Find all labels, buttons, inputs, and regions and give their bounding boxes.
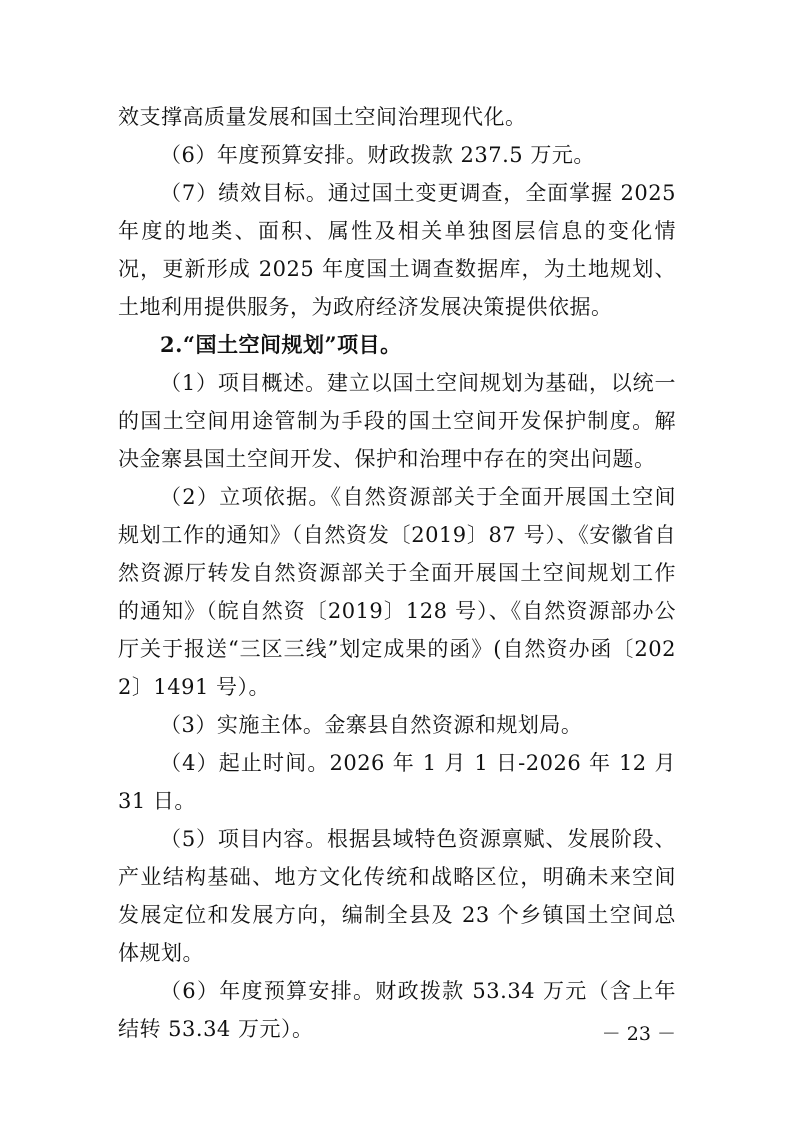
paragraph: （7）绩效目标。通过国土变更调查，全面掌握 2025 年度的地类、面积、属性及相…	[118, 174, 676, 326]
paragraph: （2）立项依据。《自然资源部关于全面开展国土空间规划工作的通知》（自然资发〔20…	[118, 478, 676, 706]
paragraph: （4）起止时间。2026 年 1 月 1 日-2026 年 12 月 31 日。	[118, 744, 676, 820]
paragraph: （3）实施主体。金寨县自然资源和规划局。	[118, 706, 676, 744]
paragraph: （5）项目内容。根据县域特色资源禀赋、发展阶段、产业结构基础、地方文化传统和战略…	[118, 820, 676, 972]
section-heading: 2.“国土空间规划”项目。	[118, 326, 676, 364]
paragraph: （6）年度预算安排。财政拨款 53.34 万元（含上年结转 53.34 万元）。	[118, 972, 676, 1048]
document-body: 效支撑高质量发展和国土空间治理现代化。（6）年度预算安排。财政拨款 237.5 …	[118, 98, 676, 1048]
paragraph: （1）项目概述。建立以国土空间规划为基础，以统一的国土空间用途管制为手段的国土空…	[118, 364, 676, 478]
paragraph: （6）年度预算安排。财政拨款 237.5 万元。	[118, 136, 676, 174]
paragraph: 效支撑高质量发展和国土空间治理现代化。	[118, 98, 676, 136]
page-number: － 23 －	[602, 1022, 676, 1046]
document-page: 效支撑高质量发展和国土空间治理现代化。（6）年度预算安排。财政拨款 237.5 …	[0, 0, 793, 1122]
